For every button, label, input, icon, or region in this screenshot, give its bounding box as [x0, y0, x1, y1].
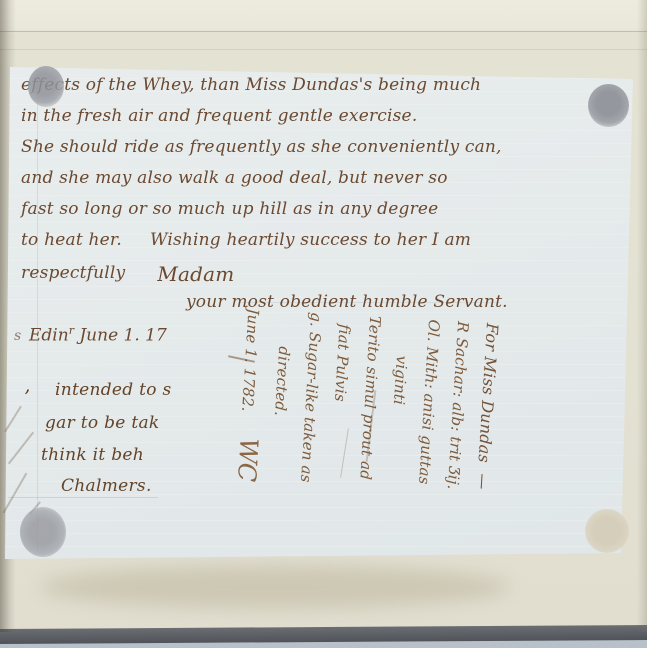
- fragment-line: gar to be tak: [45, 413, 160, 433]
- fragment-line: Chalmers.: [61, 476, 152, 496]
- date-note-date: June 1. 17: [74, 326, 167, 346]
- docket-block: For Miss Dundas — R Sachar: alb: trit Ʒi…: [227, 308, 507, 574]
- body-line: to heat her. Wishing heartily success to…: [21, 225, 491, 256]
- stray-letter-mark: s: [14, 328, 21, 344]
- adhesive-mark-bottom-left: [20, 507, 66, 557]
- adhesive-mark-top-left: [28, 66, 64, 107]
- fragment-line: intended to s: [55, 380, 172, 400]
- closing-respectfully: respectfully: [21, 263, 125, 283]
- fragment-lead-mark: ’: [24, 386, 30, 408]
- adhesive-mark-bottom-right: [585, 509, 629, 553]
- letter-body: effects of the Whey, than Miss Dundas's …: [21, 70, 491, 318]
- date-note: Edinr June 1. 17: [29, 324, 167, 346]
- page-bottom-edge: [0, 625, 647, 644]
- body-line: fast so long or so much up hill as in an…: [21, 194, 491, 225]
- body-line: and she may also walk a good deal, but n…: [21, 163, 491, 194]
- body-line: in the fresh air and frequent gentle exe…: [21, 101, 491, 132]
- page-stain: [40, 566, 510, 608]
- page-crease-top-2: [0, 49, 647, 50]
- date-note-city: Edin: [29, 326, 69, 346]
- paper-crease-horizontal: [8, 497, 158, 498]
- body-line: effects of the Whey, than Miss Dundas's …: [21, 70, 491, 101]
- album-page: effects of the Whey, than Miss Dundas's …: [0, 0, 647, 648]
- body-line: She should ride as frequently as she con…: [21, 132, 491, 163]
- salutation: Madam: [157, 262, 234, 286]
- adhesive-mark-top-right: [588, 84, 629, 127]
- page-crease-top: [0, 31, 647, 32]
- docket-initials: WC: [232, 437, 264, 482]
- page-right-edge-shading: [637, 0, 647, 632]
- closing-line: respectfullyMadam: [21, 256, 491, 287]
- fragment-line: think it beh: [41, 445, 144, 465]
